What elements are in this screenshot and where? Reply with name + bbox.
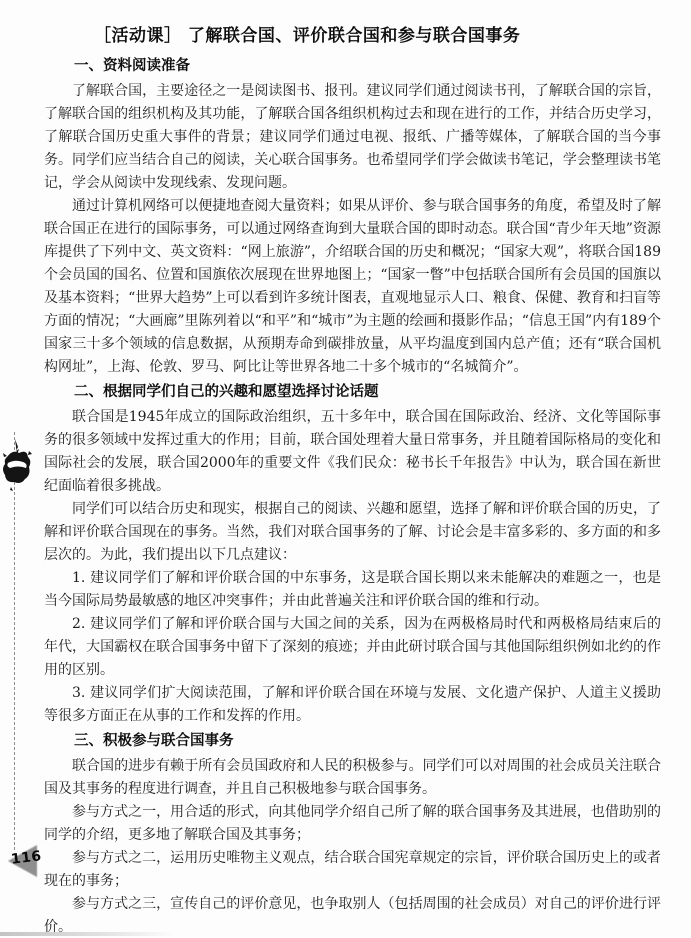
section-1-paragraph-2: 通过计算机网络可以便捷地查阅大量资料；如果从评价、参与联合国事务的角度，希望及时… — [44, 195, 661, 379]
section-3-paragraph-3: 参与方式之二，运用历史唯物主义观点，结合联合国宪章规定的宗旨，评价联合国历史上的… — [44, 847, 661, 893]
section-3-paragraph-2: 参与方式之一，用合适的形式，向其他同学介绍自己所了解的联合国事务及其进展，也借助… — [44, 801, 661, 847]
page-number: 116 — [10, 848, 42, 868]
section-1-heading: 一、资料阅读准备 — [74, 57, 661, 76]
page-content: ［活动课］ 了解联合国、评价联合国和参与联合国事务 一、资料阅读准备 了解联合国… — [44, 24, 661, 938]
section-3-heading: 三、积极参与联合国事务 — [74, 732, 661, 751]
suggestion-item-3: 3. 建议同学们扩大阅读范围，了解和评价联合国在环境与发展、文化遗产保护、人道主… — [44, 682, 661, 728]
ink-splash-graphic — [1, 437, 33, 497]
section-2-heading: 二、根据同学们自己的兴趣和愿望选择讨论话题 — [74, 383, 661, 402]
suggestion-item-2: 2. 建议同学们了解和评价联合国与大国之间的关系，因为在两极格局时代和两极格局结… — [44, 613, 661, 682]
textbook-page: ［活动课］ 了解联合国、评价联合国和参与联合国事务 一、资料阅读准备 了解联合国… — [0, 0, 691, 938]
page-title: ［活动课］ 了解联合国、评价联合国和参与联合国事务 — [94, 24, 661, 48]
section-1-paragraph-1: 了解联合国，主要途径之一是阅读图书、报刊。建议同学们通过阅读书刊，了解联合国的宗… — [44, 80, 661, 195]
section-2-paragraph-2: 同学们可以结合历史和现实，根据自己的阅读、兴趣和愿望，选择了解和评价联合国的历史… — [44, 498, 661, 567]
scan-edge-artifact — [0, 932, 175, 936]
suggestion-item-1: 1. 建议同学们了解和评价联合国的中东事务，这是联合国长期以来未能解决的难题之一… — [44, 567, 661, 613]
section-2-paragraph-1: 联合国是1945年成立的国际政治组织，五十多年中，联合国在国际政治、经济、文化等… — [44, 406, 661, 498]
section-3-paragraph-1: 联合国的进步有赖于所有会员国政府和人民的积极参与。同学们可以对周围的社会成员关注… — [44, 755, 661, 801]
